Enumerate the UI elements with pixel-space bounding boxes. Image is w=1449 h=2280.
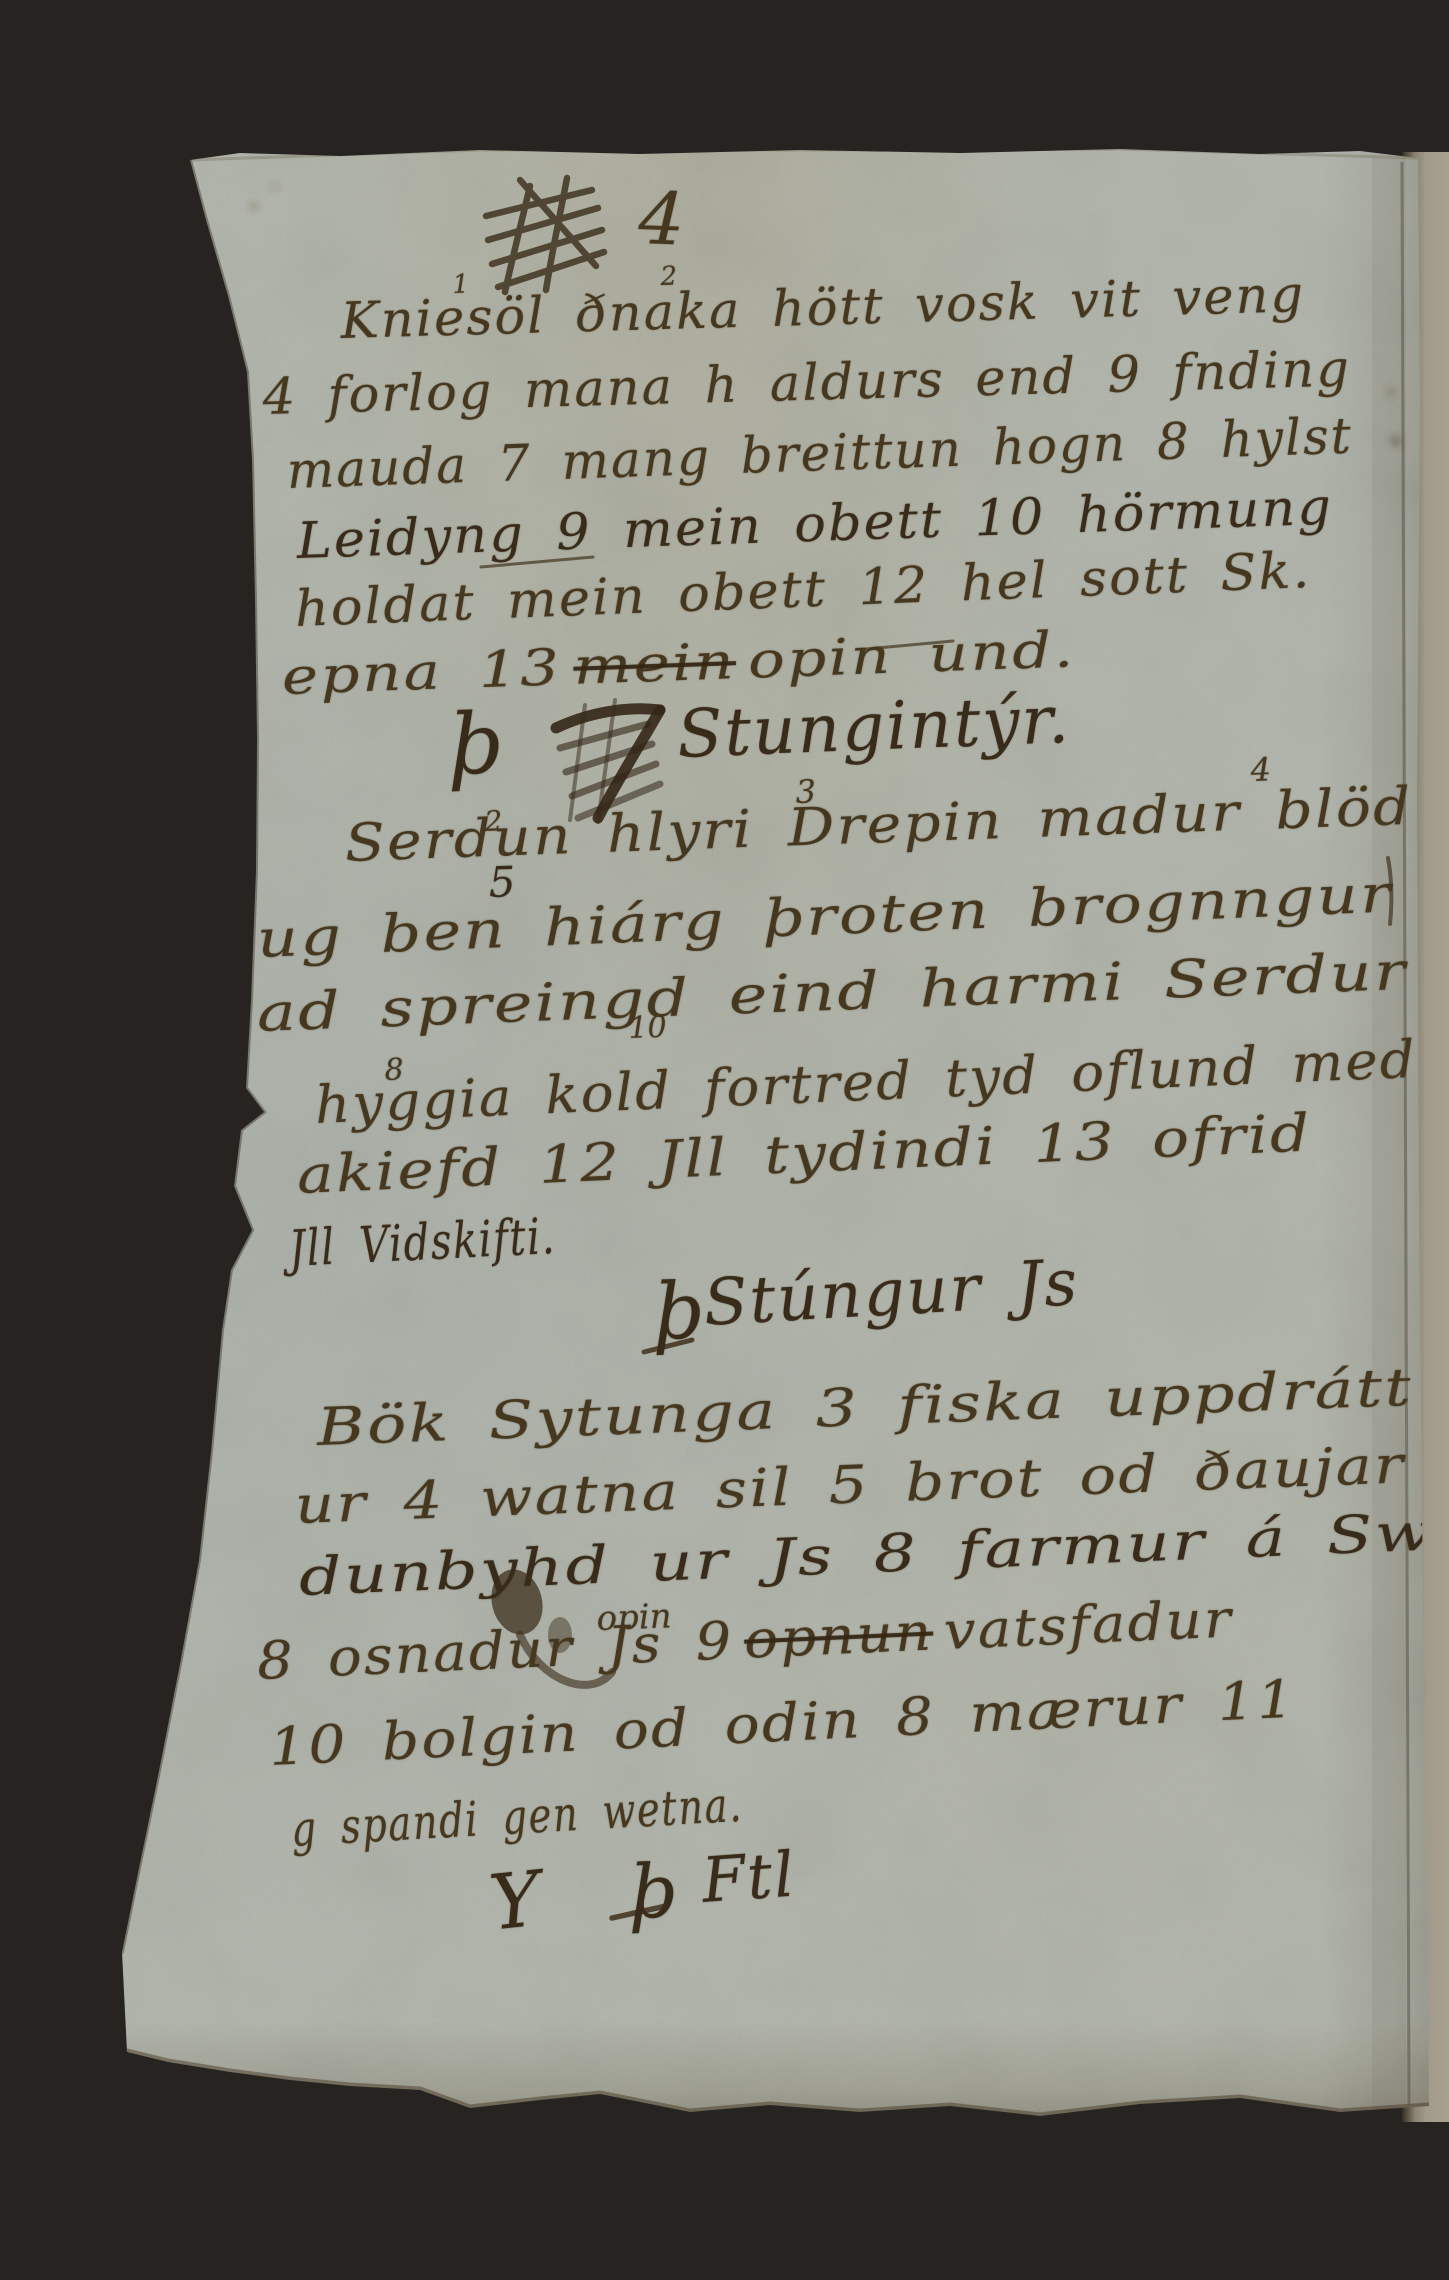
heading-thorn: þ (447, 701, 506, 787)
manuscript-page: 4 Kniesöl ðnaka hött vosk vit veng 1 2 4… (0, 0, 1449, 2280)
interlinear-number: 2 (660, 263, 677, 290)
end-mark: Ftl (700, 1843, 798, 1911)
manuscript-line: Jll Vidskifti. (288, 1211, 557, 1274)
end-mark: Y (486, 1861, 546, 1942)
end-mark: þ (628, 1854, 680, 1930)
interlinear-number: 5 (488, 861, 516, 904)
fold-crease-line (1372, 158, 1409, 2110)
interlinear-number: 8 (384, 1055, 404, 1086)
struck-word: mein (572, 632, 736, 696)
line-segment: epna 13 (281, 638, 562, 706)
interlinear-number: 1 (452, 271, 469, 298)
line-segment: vatsfadur (943, 1589, 1235, 1662)
page-number: 4 (637, 182, 687, 256)
line-segment: opin und. (747, 620, 1076, 689)
interlinear-number: 10 (628, 1013, 667, 1044)
struck-word: opnun (743, 1602, 935, 1670)
section-heading: Stungintýr. (676, 687, 1072, 768)
interlinear-number: 2 (484, 807, 503, 836)
pen-scribble-top-icon (486, 178, 604, 292)
archival-scan: 4 Kniesöl ðnaka hött vosk vit veng 1 2 4… (0, 0, 1449, 2280)
heading-thorn: þ (652, 1272, 707, 1352)
